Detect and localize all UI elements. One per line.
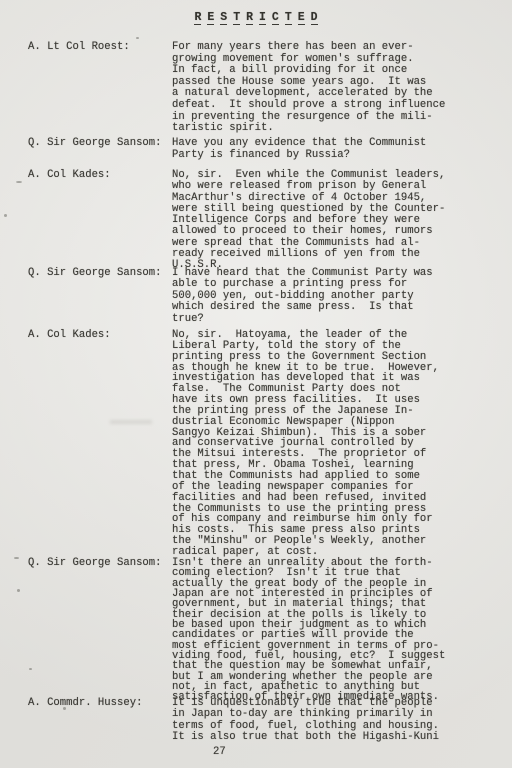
speaker-label: A. Commdr. Hussey:: [0, 698, 172, 710]
transcript-entry: A. Col Kades: No, sir. Even while the Co…: [0, 170, 512, 272]
transcript-entry: A. Lt Col Roest: For many years there ha…: [0, 42, 512, 135]
utterance-text: Have you any evidence that the Communist…: [172, 138, 462, 161]
page-number: 27: [213, 746, 226, 758]
scan-artifact: [136, 37, 139, 39]
transcript-entry: A. Col Kades: No, sir. Hatoyama, the lea…: [0, 330, 512, 558]
document-page: RESTRICTED A. Lt Col Roest: For many yea…: [0, 0, 512, 768]
scan-artifact: [17, 589, 20, 592]
speaker-label: A. Lt Col Roest:: [0, 42, 172, 54]
utterance-text: I have heard that the Communist Party wa…: [172, 268, 462, 325]
utterance-text: Isn't there an unreality about the forth…: [172, 558, 462, 703]
utterance-text: No, sir. Hatoyama, the leader of the Lib…: [172, 330, 462, 558]
utterance-text: For many years there has been an ever- g…: [172, 42, 462, 135]
scan-artifact: [14, 557, 19, 559]
speaker-label: A. Col Kades:: [0, 330, 172, 342]
transcript-entry: A. Commdr. Hussey: It is unquestionably …: [0, 698, 512, 743]
transcript-entry: Q. Sir George Sansom: I have heard that …: [0, 268, 512, 325]
transcript-entry: Q. Sir George Sansom: Have you any evide…: [0, 138, 512, 161]
scan-artifact: [29, 668, 32, 670]
scan-artifact: [4, 214, 7, 217]
speaker-label: A. Col Kades:: [0, 170, 172, 182]
scan-artifact: [16, 181, 22, 183]
speaker-label: Q. Sir George Sansom:: [0, 558, 172, 570]
classification-header: RESTRICTED: [0, 11, 512, 25]
transcript-entry: Q. Sir George Sansom: Isn't there an unr…: [0, 558, 512, 703]
speaker-label: Q. Sir George Sansom:: [0, 268, 172, 280]
utterance-text: It is unquestionably true that the peopl…: [172, 698, 462, 743]
scan-artifact: [63, 707, 66, 710]
scan-smudge: [110, 420, 152, 424]
utterance-text: No, sir. Even while the Communist leader…: [172, 170, 462, 272]
speaker-label: Q. Sir George Sansom:: [0, 138, 172, 150]
